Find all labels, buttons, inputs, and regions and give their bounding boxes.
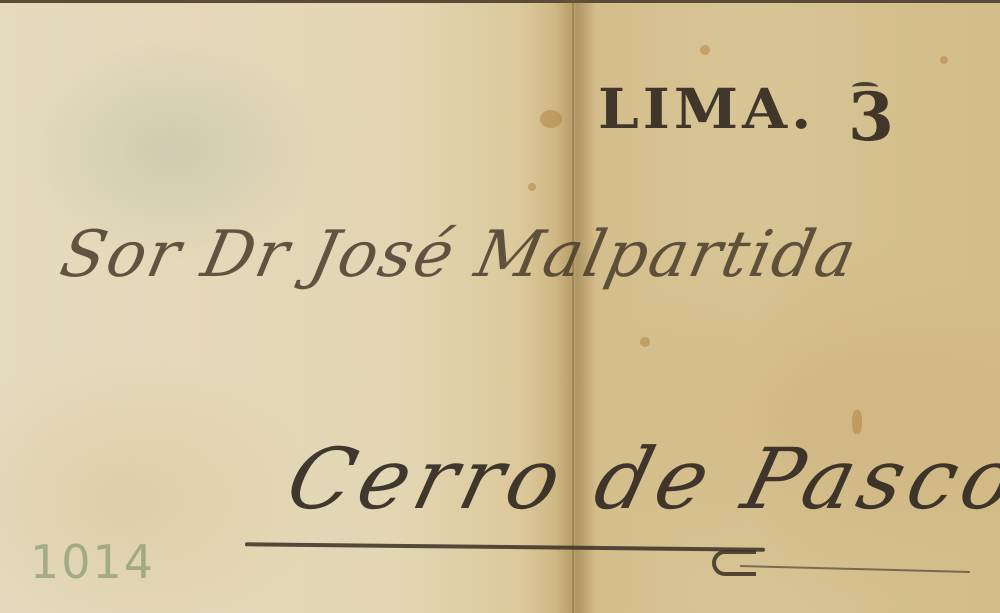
lima-postmark: LIMA. — [598, 81, 815, 136]
destination-underline — [245, 542, 765, 551]
foxing-stain — [940, 56, 948, 64]
docket-number: 1014 — [30, 535, 155, 589]
foxing-stain — [528, 183, 536, 191]
flourish-tail — [740, 565, 970, 573]
addressee-name: Sor Dr José Malpartida — [54, 218, 864, 292]
foxing-stain — [640, 337, 650, 347]
foxing-stain — [540, 110, 562, 128]
foxing-stain — [700, 45, 710, 55]
postage-rate-mark: 3 — [848, 84, 894, 150]
underline-flourish — [712, 550, 756, 576]
paper-top-edge — [0, 0, 1000, 3]
letter-cover: LIMA. 3 Sor Dr José Malpartida Cerro de … — [0, 0, 1000, 613]
destination-city: Cerro de Pasco — [278, 430, 1000, 528]
